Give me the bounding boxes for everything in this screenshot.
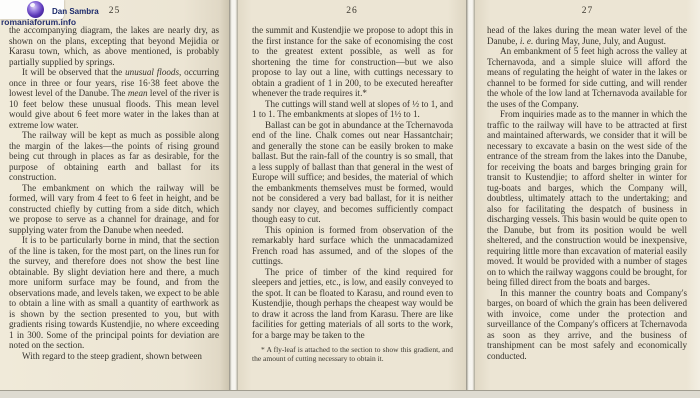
page-text: the summit and Kustendjie we propose to …: [238, 25, 466, 364]
page-text: the accompanying diagram, the lakes are …: [0, 25, 229, 361]
paragraph: An embankment of 5 feet high across the …: [487, 46, 687, 109]
footnote: * A fly-leaf is attached to the section …: [252, 346, 453, 364]
book-page-25: 25 the accompanying diagram, the lakes a…: [0, 0, 229, 391]
page-gutter: [466, 0, 475, 391]
page-number: 27: [475, 0, 700, 25]
paragraph: In this manner the country boats and Com…: [487, 288, 687, 362]
scan-edge: [0, 390, 700, 398]
page-text: head of the lakes during the mean water …: [475, 25, 700, 361]
body-text: This opinion is formed from observation …: [252, 225, 453, 267]
body-text: The cuttings will stand well at slopes o…: [252, 99, 453, 120]
italic-text: mean: [128, 88, 148, 98]
body-text: the accompanying diagram, the lakes are …: [9, 25, 219, 67]
body-text: From inquiries made as to the manner in …: [487, 109, 687, 287]
body-text: An embankment of 5 feet high across the …: [487, 46, 687, 109]
page-number: 26: [238, 0, 466, 25]
paragraph: It is to be particularly borne in mind, …: [9, 235, 219, 351]
body-text: the summit and Kustendjie we propose to …: [252, 25, 453, 98]
body-text: In this manner the country boats and Com…: [487, 288, 687, 361]
watermark: Dan Sambra romaniaforum.info: [0, 0, 110, 30]
italic-text: unusual floods: [125, 67, 179, 77]
scanned-book-spread: 25 the accompanying diagram, the lakes a…: [0, 0, 700, 398]
body-text: With regard to the steep gradient, shown…: [22, 351, 202, 361]
paragraph: The price of timber of the kind required…: [252, 267, 453, 341]
body-text: The price of timber of the kind required…: [252, 267, 453, 340]
body-text: Ballast can be got in abundance at the T…: [252, 120, 453, 225]
paragraph: head of the lakes during the mean water …: [487, 25, 687, 46]
page-gutter: [229, 0, 238, 391]
sphere-highlight: [29, 2, 35, 7]
paragraph: From inquiries made as to the manner in …: [487, 109, 687, 288]
italic-text: i. e.: [520, 36, 533, 46]
book-page-27: 27 head of the lakes during the mean wat…: [475, 0, 700, 391]
body-text: during May, June, July, and August.: [533, 36, 666, 46]
paragraph: This opinion is formed from observation …: [252, 225, 453, 267]
watermark-site: romaniaforum.info: [1, 17, 76, 27]
paragraph: the summit and Kustendjie we propose to …: [252, 25, 453, 99]
watermark-username: Dan Sambra: [52, 7, 99, 16]
body-text: It is to be particularly borne in mind, …: [9, 235, 219, 350]
paragraph: The railway will be kept as much as poss…: [9, 130, 219, 183]
body-text: The embankment on which the railway will…: [9, 183, 219, 235]
paragraph: It will be observed that the unusual flo…: [9, 67, 219, 130]
body-text: The railway will be kept as much as poss…: [9, 130, 219, 182]
paragraph: With regard to the steep gradient, shown…: [9, 351, 219, 362]
purple-sphere-icon: [27, 1, 44, 18]
book-page-26: 26 the summit and Kustendjie we propose …: [238, 0, 466, 391]
body-text: It will be observed that the: [22, 67, 125, 77]
paragraph: the accompanying diagram, the lakes are …: [9, 25, 219, 67]
paragraph: The cuttings will stand well at slopes o…: [252, 99, 453, 120]
paragraph: The embankment on which the railway will…: [9, 183, 219, 236]
paragraph: Ballast can be got in abundance at the T…: [252, 120, 453, 225]
